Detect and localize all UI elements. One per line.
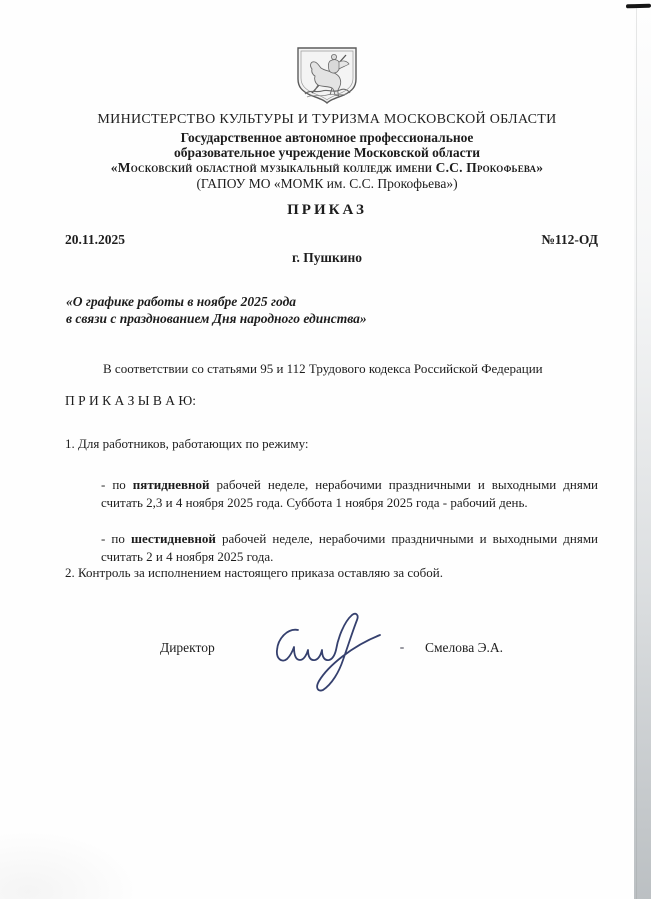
preamble-paragraph: В соответствии со статьями 95 и 112 Труд… — [65, 361, 598, 377]
bullet-six-day-week: - по шестидневной рабочей неделе, нерабо… — [101, 530, 598, 565]
bullet-five-day-week: - по пятидневной рабочей неделе, нерабоч… — [101, 476, 598, 511]
org-short-name: (ГАПОУ МО «МОМК им. С.С. Прокофьева») — [0, 176, 654, 192]
subject-line1: «О графике работы в ноябре 2025 года — [66, 294, 486, 311]
scan-edge-line — [636, 8, 637, 899]
city-label: г. Пушкино — [0, 250, 654, 266]
bullet1-bold-term: пятидневной — [133, 477, 210, 492]
signature-ink-path — [277, 614, 380, 691]
bullet2-bold-term: шестидневной — [131, 531, 216, 546]
bullet2-prefix: - по — [101, 531, 131, 546]
ministry-title: МИНИСТЕРСТВО КУЛЬТУРЫ И ТУРИЗМА МОСКОВСК… — [0, 112, 654, 128]
resolve-keyword: П Р И К А З Ы В А Ю: — [65, 393, 196, 409]
org-type-line2: образовательное учреждение Московской об… — [0, 145, 654, 161]
order-item-1: 1. Для работников, работающих по режиму: — [65, 436, 598, 452]
org-full-name: «Московский областной музыкальный коллед… — [0, 160, 654, 176]
handwritten-signature-icon — [268, 608, 390, 696]
order-date: 20.11.2025 — [65, 232, 125, 248]
order-item-2: 2. Контроль за исполнением настоящего пр… — [65, 565, 598, 581]
order-number: №112-ОД — [541, 232, 598, 248]
order-subject: «О графике работы в ноябре 2025 года в с… — [66, 294, 486, 327]
date-number-row: 20.11.2025 №112-ОД — [65, 232, 598, 248]
subject-line2: в связи с празднованием Дня народного ед… — [66, 311, 486, 328]
bullet1-prefix: - по — [101, 477, 133, 492]
org-type-line1: Государственное автономное профессиональ… — [0, 130, 654, 146]
signer-position-label: Директор — [160, 640, 215, 656]
signer-name: Смелова Э.А. — [425, 640, 503, 656]
ink-speck — [400, 647, 404, 649]
coat-of-arms-icon — [294, 45, 360, 107]
scanned-order-document: МИНИСТЕРСТВО КУЛЬТУРЫ И ТУРИЗМА МОСКОВСК… — [0, 0, 654, 899]
document-type-title: ПРИКАЗ — [0, 202, 654, 219]
scan-noise-smudge — [0, 829, 140, 899]
